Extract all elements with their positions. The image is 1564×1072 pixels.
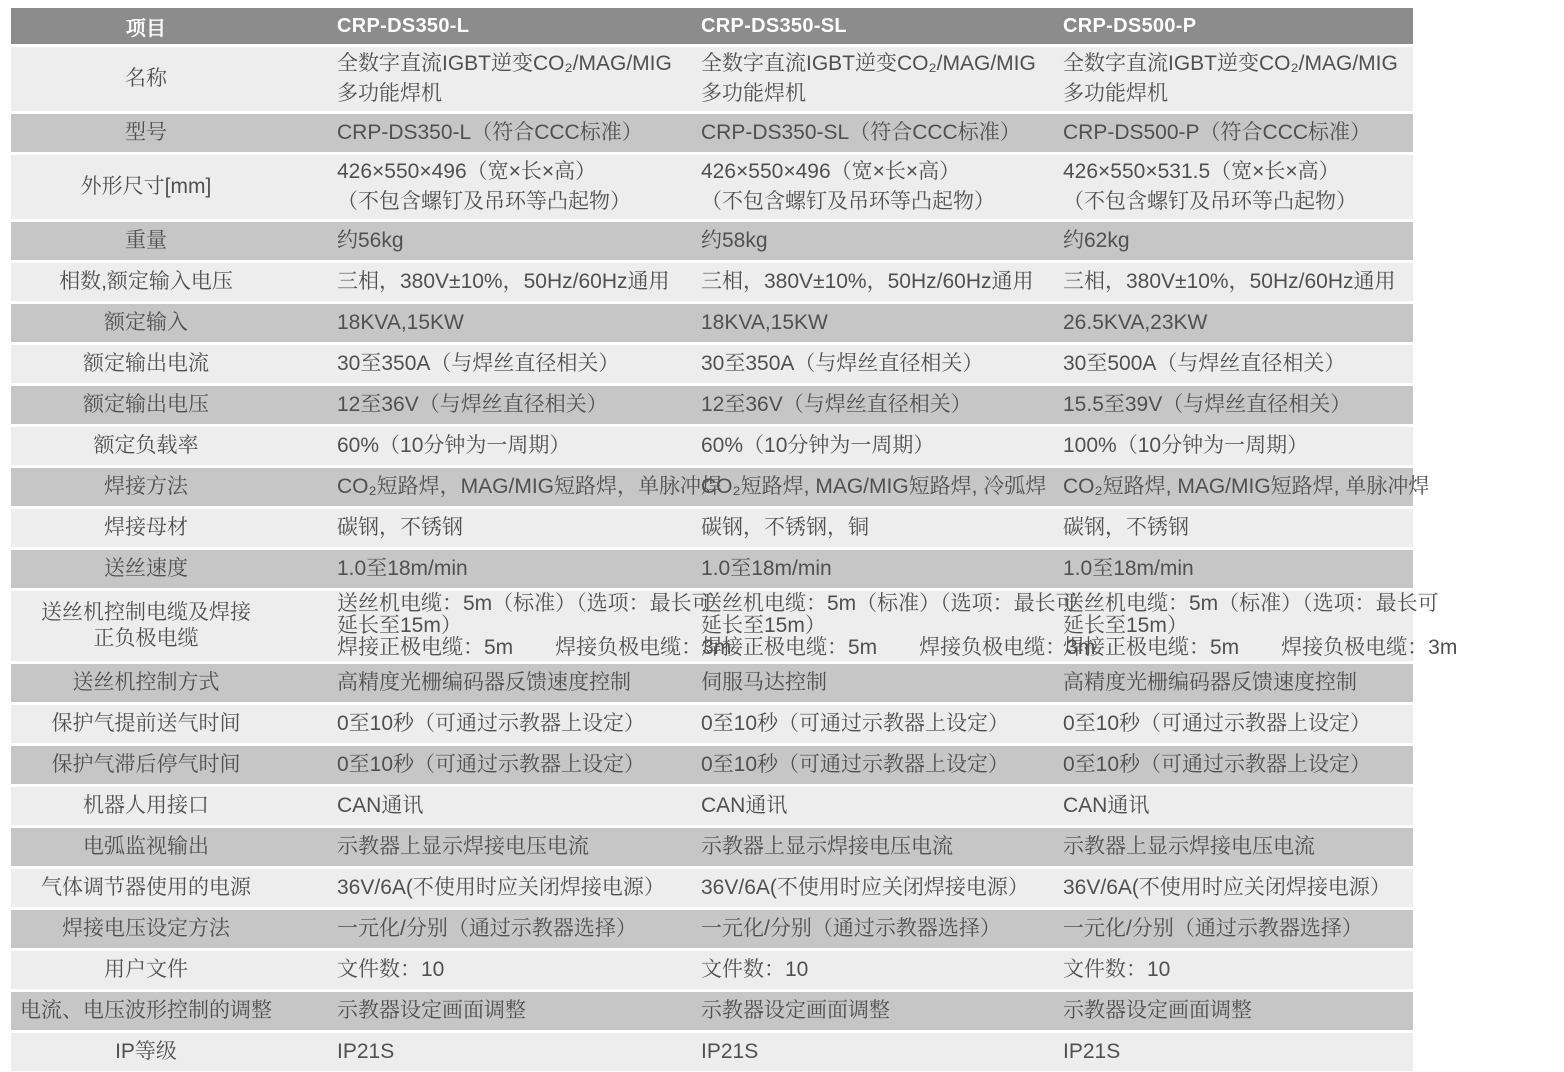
table-row: 送丝机控制电缆及焊接 正负极电缆 送丝机电缆：5m（标准）（选项：最长可 延长至…	[11, 591, 1413, 661]
spec-value-ds500p: 0至10秒（可通过示教器上设定）	[1063, 746, 1413, 784]
spec-value-ds350sl: CAN通讯	[701, 787, 1063, 825]
table-row: 额定输出电流 30至350A（与焊丝直径相关） 30至350A（与焊丝直径相关）…	[11, 345, 1413, 383]
row-label: 额定负载率	[11, 427, 337, 465]
spec-value-ds350sl: 文件数：10	[701, 951, 1063, 989]
column-header-model-ds350l: CRP-DS350-L	[337, 8, 701, 44]
spec-value-ds350l: IP21S	[337, 1033, 701, 1071]
spec-value-ds350l: 0至10秒（可通过示教器上设定）	[337, 705, 701, 743]
row-label: 电弧监视输出	[11, 828, 337, 866]
spec-value-ds500p: IP21S	[1063, 1033, 1413, 1071]
spec-value-ds500p: 约62kg	[1063, 222, 1413, 260]
spec-value-ds500p: 高精度光栅编码器反馈速度控制	[1063, 664, 1413, 702]
spec-value-ds350sl: IP21S	[701, 1033, 1063, 1071]
table-row: 外形尺寸[mm] 426×550×496（宽×长×高） （不包含螺钉及吊环等凸起…	[11, 155, 1413, 219]
spec-value-ds350sl: 0至10秒（可通过示教器上设定）	[701, 705, 1063, 743]
spec-value-ds500p: 30至500A（与焊丝直径相关）	[1063, 345, 1413, 383]
spec-value-ds500p: 426×550×531.5（宽×长×高） （不包含螺钉及吊环等凸起物）	[1063, 155, 1413, 219]
table-row: 用户文件 文件数：10 文件数：10 文件数：10	[11, 951, 1413, 989]
row-label: 送丝机控制电缆及焊接 正负极电缆	[11, 591, 337, 661]
spec-value-ds350l: CO₂短路焊，MAG/MIG短路焊，单脉冲焊	[337, 468, 701, 506]
spec-value-ds350l: 示教器设定画面调整	[337, 992, 701, 1030]
spec-value-ds350sl: CO₂短路焊, MAG/MIG短路焊, 冷弧焊	[701, 468, 1063, 506]
spec-value-ds500p: 送丝机电缆：5m（标准）（选项：最长可 延长至15m） 焊接正极电缆：5m 焊接…	[1063, 591, 1413, 661]
row-label: 用户文件	[11, 951, 337, 989]
row-label: 送丝机控制方式	[11, 664, 337, 702]
row-label: 焊接电压设定方法	[11, 910, 337, 948]
spec-value-ds500p: 碳钢，不锈钢	[1063, 509, 1413, 547]
table-row: 相数,额定输入电压 三相，380V±10%，50Hz/60Hz通用 三相，380…	[11, 263, 1413, 301]
spec-value-ds500p: 36V/6A(不使用时应关闭焊接电源）	[1063, 869, 1413, 907]
spec-value-ds500p: 100%（10分钟为一周期）	[1063, 427, 1413, 465]
spec-value-ds350sl: 18KVA,15KW	[701, 304, 1063, 342]
spec-value-ds350sl: 60%（10分钟为一周期）	[701, 427, 1063, 465]
spec-value-ds350l: 0至10秒（可通过示教器上设定）	[337, 746, 701, 784]
table-row: 保护气提前送气时间 0至10秒（可通过示教器上设定） 0至10秒（可通过示教器上…	[11, 705, 1413, 743]
spec-value-ds350sl: 426×550×496（宽×长×高） （不包含螺钉及吊环等凸起物）	[701, 155, 1063, 219]
row-label: 送丝速度	[11, 550, 337, 588]
spec-value-ds350sl: 伺服马达控制	[701, 664, 1063, 702]
spec-value-ds350sl: CRP-DS350-SL（符合CCC标准）	[701, 114, 1063, 152]
row-label: 相数,额定输入电压	[11, 263, 337, 301]
row-label: 重量	[11, 222, 337, 260]
spec-value-ds350l: 送丝机电缆：5m（标准）（选项：最长可 延长至15m） 焊接正极电缆：5m 焊接…	[337, 591, 701, 661]
spec-value-ds350sl: 36V/6A(不使用时应关闭焊接电源）	[701, 869, 1063, 907]
spec-value-ds500p: CRP-DS500-P（符合CCC标准）	[1063, 114, 1413, 152]
row-label: IP等级	[11, 1033, 337, 1071]
column-header-model-ds500p: CRP-DS500-P	[1063, 8, 1413, 44]
spec-value-ds350sl: 碳钢，不锈钢，铜	[701, 509, 1063, 547]
spec-value-ds500p: 0至10秒（可通过示教器上设定）	[1063, 705, 1413, 743]
spec-value-ds350sl: 送丝机电缆：5m（标准）（选项：最长可 延长至15m） 焊接正极电缆：5m 焊接…	[701, 591, 1063, 661]
table-row: IP等级 IP21S IP21S IP21S	[11, 1033, 1413, 1071]
spec-value-ds500p: 15.5至39V（与焊丝直径相关）	[1063, 386, 1413, 424]
row-label: 焊接方法	[11, 468, 337, 506]
table-row: 机器人用接口 CAN通讯 CAN通讯 CAN通讯	[11, 787, 1413, 825]
spec-value-ds500p: 三相，380V±10%，50Hz/60Hz通用	[1063, 263, 1413, 301]
table-row: 送丝机控制方式 高精度光栅编码器反馈速度控制 伺服马达控制 高精度光栅编码器反馈…	[11, 664, 1413, 702]
row-label: 额定输出电流	[11, 345, 337, 383]
spec-value-ds350l: 1.0至18m/min	[337, 550, 701, 588]
spec-value-ds350l: 60%（10分钟为一周期）	[337, 427, 701, 465]
table-row: 送丝速度 1.0至18m/min 1.0至18m/min 1.0至18m/min	[11, 550, 1413, 588]
spec-value-ds500p: 1.0至18m/min	[1063, 550, 1413, 588]
row-label: 保护气滞后停气时间	[11, 746, 337, 784]
row-label: 机器人用接口	[11, 787, 337, 825]
spec-value-ds500p: 全数字直流IGBT逆变CO₂/MAG/MIG 多功能焊机	[1063, 47, 1413, 111]
table-row: 额定输出电压 12至36V（与焊丝直径相关） 12至36V（与焊丝直径相关） 1…	[11, 386, 1413, 424]
spec-value-ds350l: 一元化/分别（通过示教器选择）	[337, 910, 701, 948]
column-header-item: 项目	[11, 8, 337, 44]
spec-value-ds500p: 文件数：10	[1063, 951, 1413, 989]
spec-value-ds350sl: 30至350A（与焊丝直径相关）	[701, 345, 1063, 383]
table-row: 焊接方法 CO₂短路焊，MAG/MIG短路焊，单脉冲焊 CO₂短路焊, MAG/…	[11, 468, 1413, 506]
spec-value-ds350l: CRP-DS350-L（符合CCC标准）	[337, 114, 701, 152]
spec-value-ds500p: 示教器设定画面调整	[1063, 992, 1413, 1030]
spec-value-ds350l: 426×550×496（宽×长×高） （不包含螺钉及吊环等凸起物）	[337, 155, 701, 219]
table-row: 重量 约56kg 约58kg 约62kg	[11, 222, 1413, 260]
spec-value-ds350l: 高精度光栅编码器反馈速度控制	[337, 664, 701, 702]
spec-value-ds350sl: 1.0至18m/min	[701, 550, 1063, 588]
spec-value-ds500p: 一元化/分别（通过示教器选择）	[1063, 910, 1413, 948]
spec-value-ds350l: 三相，380V±10%，50Hz/60Hz通用	[337, 263, 701, 301]
spec-table: 项目 CRP-DS350-L CRP-DS350-SL CRP-DS500-P …	[11, 5, 1413, 1072]
spec-value-ds500p: CAN通讯	[1063, 787, 1413, 825]
spec-value-ds350l: 18KVA,15KW	[337, 304, 701, 342]
spec-value-ds350l: 碳钢，不锈钢	[337, 509, 701, 547]
table-row: 气体调节器使用的电源 36V/6A(不使用时应关闭焊接电源） 36V/6A(不使…	[11, 869, 1413, 907]
spec-value-ds350sl: 0至10秒（可通过示教器上设定）	[701, 746, 1063, 784]
header-row: 项目 CRP-DS350-L CRP-DS350-SL CRP-DS500-P	[11, 8, 1413, 44]
page: 项目 CRP-DS350-L CRP-DS350-SL CRP-DS500-P …	[0, 0, 1564, 1072]
spec-value-ds350sl: 12至36V（与焊丝直径相关）	[701, 386, 1063, 424]
row-label: 保护气提前送气时间	[11, 705, 337, 743]
spec-value-ds350sl: 全数字直流IGBT逆变CO₂/MAG/MIG 多功能焊机	[701, 47, 1063, 111]
spec-value-ds500p: 示教器上显示焊接电压电流	[1063, 828, 1413, 866]
row-label: 型号	[11, 114, 337, 152]
row-label: 气体调节器使用的电源	[11, 869, 337, 907]
row-label: 外形尺寸[mm]	[11, 155, 337, 219]
table-row: 额定输入 18KVA,15KW 18KVA,15KW 26.5KVA,23KW	[11, 304, 1413, 342]
row-label: 额定输入	[11, 304, 337, 342]
table-row: 焊接电压设定方法 一元化/分别（通过示教器选择） 一元化/分别（通过示教器选择）…	[11, 910, 1413, 948]
spec-value-ds350l: 36V/6A(不使用时应关闭焊接电源）	[337, 869, 701, 907]
column-header-model-ds350sl: CRP-DS350-SL	[701, 8, 1063, 44]
table-row: 型号 CRP-DS350-L（符合CCC标准） CRP-DS350-SL（符合C…	[11, 114, 1413, 152]
spec-value-ds350l: CAN通讯	[337, 787, 701, 825]
spec-value-ds350l: 示教器上显示焊接电压电流	[337, 828, 701, 866]
table-row: 电流、电压波形控制的调整 示教器设定画面调整 示教器设定画面调整 示教器设定画面…	[11, 992, 1413, 1030]
spec-value-ds350l: 约56kg	[337, 222, 701, 260]
spec-value-ds500p: CO₂短路焊, MAG/MIG短路焊, 单脉冲焊	[1063, 468, 1413, 506]
spec-value-ds350sl: 三相，380V±10%，50Hz/60Hz通用	[701, 263, 1063, 301]
row-label: 焊接母材	[11, 509, 337, 547]
spec-value-ds350sl: 约58kg	[701, 222, 1063, 260]
table-row: 电弧监视输出 示教器上显示焊接电压电流 示教器上显示焊接电压电流 示教器上显示焊…	[11, 828, 1413, 866]
spec-value-ds350sl: 一元化/分别（通过示教器选择）	[701, 910, 1063, 948]
spec-value-ds350l: 12至36V（与焊丝直径相关）	[337, 386, 701, 424]
spec-value-ds500p: 26.5KVA,23KW	[1063, 304, 1413, 342]
spec-value-ds350sl: 示教器设定画面调整	[701, 992, 1063, 1030]
table-row: 保护气滞后停气时间 0至10秒（可通过示教器上设定） 0至10秒（可通过示教器上…	[11, 746, 1413, 784]
spec-value-ds350l: 全数字直流IGBT逆变CO₂/MAG/MIG 多功能焊机	[337, 47, 701, 111]
spec-value-ds350sl: 示教器上显示焊接电压电流	[701, 828, 1063, 866]
row-label: 名称	[11, 47, 337, 111]
table-row: 焊接母材 碳钢，不锈钢 碳钢，不锈钢，铜 碳钢，不锈钢	[11, 509, 1413, 547]
table-row: 名称 全数字直流IGBT逆变CO₂/MAG/MIG 多功能焊机 全数字直流IGB…	[11, 47, 1413, 111]
row-label: 额定输出电压	[11, 386, 337, 424]
spec-value-ds350l: 30至350A（与焊丝直径相关）	[337, 345, 701, 383]
spec-value-ds350l: 文件数：10	[337, 951, 701, 989]
table-row: 额定负载率 60%（10分钟为一周期） 60%（10分钟为一周期） 100%（1…	[11, 427, 1413, 465]
row-label: 电流、电压波形控制的调整	[11, 992, 337, 1030]
